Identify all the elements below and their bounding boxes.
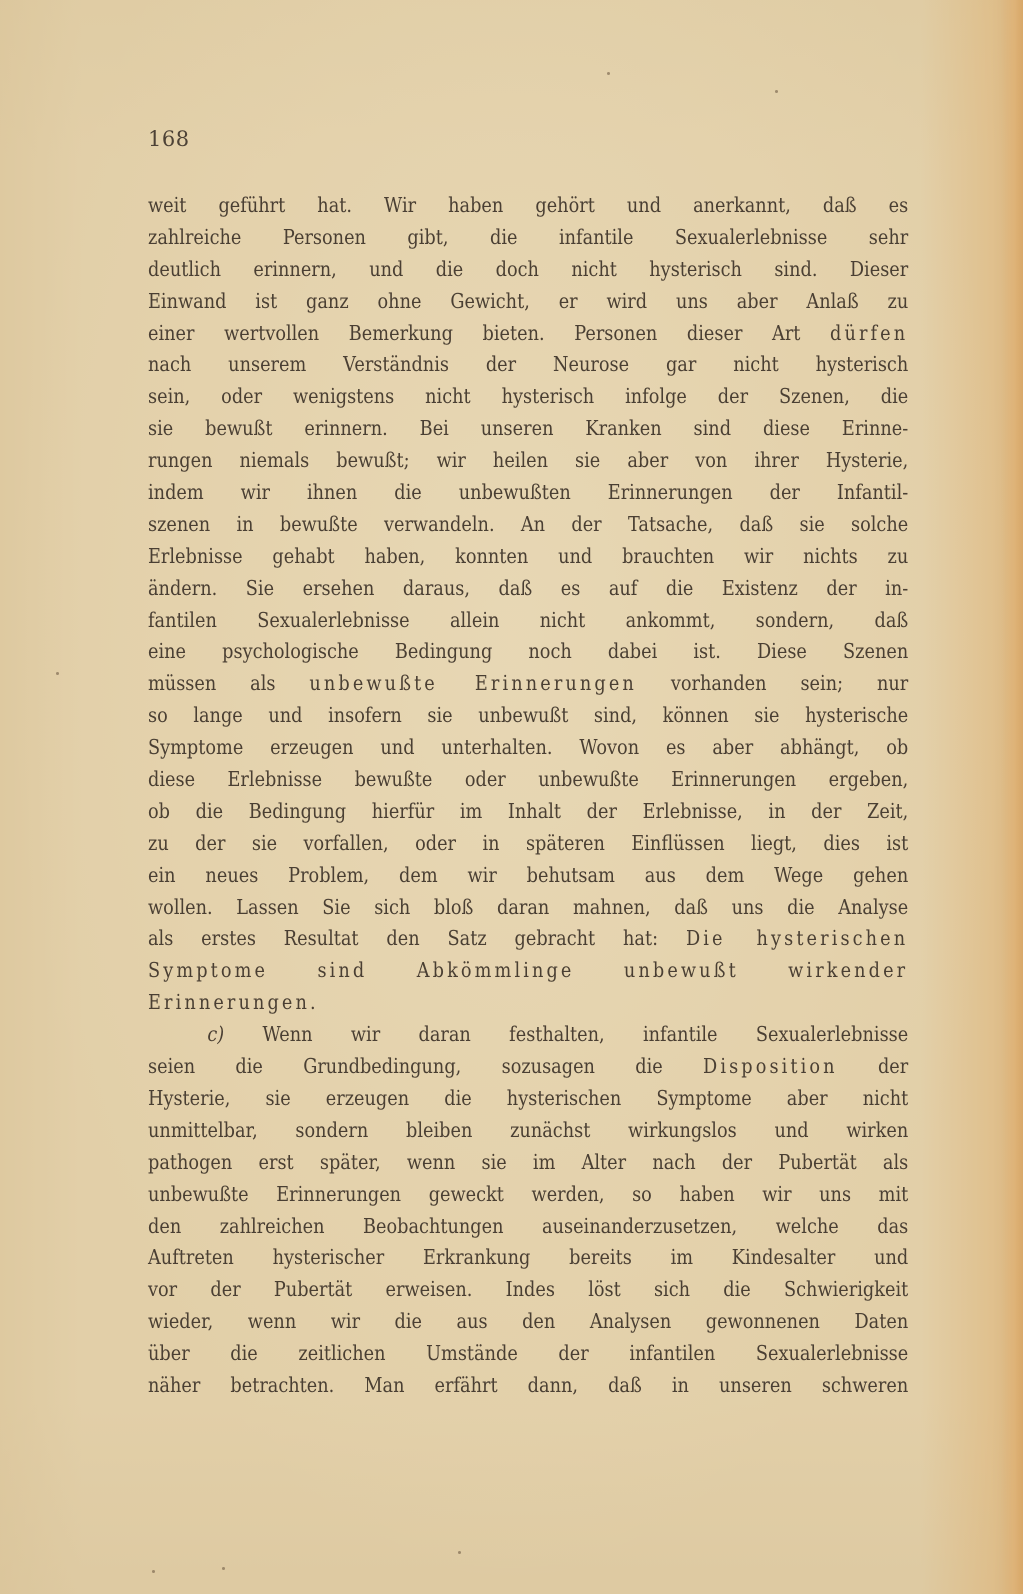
text-line: ändern. Sie ersehen daraus, daß es auf d…	[148, 573, 908, 605]
text-line: weit geführt hat. Wir haben gehört und a…	[148, 190, 908, 222]
text-line: eine psychologische Bedingung noch dabei…	[148, 636, 908, 668]
text-line: wollen. Lassen Sie sich bloß daran mahne…	[148, 892, 908, 924]
text-line: vor der Pubertät erweisen. Indes löst si…	[148, 1274, 908, 1306]
text-line: Auftreten hysterischer Erkrankung bereit…	[148, 1242, 908, 1274]
text-line: zu der sie vorfallen, oder in späteren E…	[148, 828, 908, 860]
emphasized-text: Symptome sind Abkömmlinge unbewußt wirke…	[148, 958, 908, 982]
text-line: seien die Grundbedingung, sozusagen die …	[148, 1051, 908, 1083]
paper-speck	[56, 672, 59, 675]
text-run: Wenn wir daran festhalten, infantile Sex…	[224, 1022, 908, 1046]
text-line: diese Erlebnisse bewußte oder unbewußte …	[148, 764, 908, 796]
paper-speck	[775, 90, 778, 93]
text-line: unmittelbar, sondern bleiben zunächst wi…	[148, 1115, 908, 1147]
text-line: zahlreiche Personen gibt, die infantile …	[148, 222, 908, 254]
text-line: sein, oder wenigstens nicht hysterisch i…	[148, 381, 908, 413]
section-marker: c)	[207, 1022, 224, 1046]
text-run: der	[838, 1054, 909, 1078]
text-run: als erstes Resultat den Satz gebracht ha…	[148, 926, 686, 950]
text-line: Erinnerungen.	[148, 987, 908, 1019]
text-line: c) Wenn wir daran festhalten, infantile …	[148, 1019, 908, 1051]
text-line: sie bewußt erinnern. Bei unseren Kranken…	[148, 413, 908, 445]
text-line: Einwand ist ganz ohne Gewicht, er wird u…	[148, 286, 908, 318]
text-line: einer wertvollen Bemerkung bieten. Perso…	[148, 318, 908, 350]
text-line: szenen in bewußte verwandeln. An der Tat…	[148, 509, 908, 541]
text-line: fantilen Sexualerlebnisse allein nicht a…	[148, 605, 908, 637]
text-line: so lange und insofern sie unbewußt sind,…	[148, 700, 908, 732]
emphasized-text: Erinnerungen.	[148, 990, 319, 1014]
paper-speck	[222, 1567, 225, 1570]
text-run: vorhanden sein; nur	[637, 671, 908, 695]
paper-speck	[607, 72, 610, 75]
text-line: als erstes Resultat den Satz gebracht ha…	[148, 923, 908, 955]
text-line: ein neues Problem, dem wir behutsam aus …	[148, 860, 908, 892]
text-line: über die zeitlichen Umstände der infanti…	[148, 1338, 908, 1370]
text-line: Erlebnisse gehabt haben, konnten und bra…	[148, 541, 908, 573]
text-line: indem wir ihnen die unbewußten Erinnerun…	[148, 477, 908, 509]
text-line: Symptome sind Abkömmlinge unbewußt wirke…	[148, 955, 908, 987]
emphasized-text: dürfen	[830, 321, 908, 345]
text-line: näher betrachten. Man erfährt dann, daß …	[148, 1370, 908, 1402]
text-line: unbewußte Erinnerungen geweckt werden, s…	[148, 1179, 908, 1211]
text-line: rungen niemals bewußt; wir heilen sie ab…	[148, 445, 908, 477]
text-run: seien die Grundbedingung, sozusagen die	[148, 1054, 703, 1078]
emphasized-text: unbewußte Erinnerungen	[309, 671, 637, 695]
text-line: deutlich erinnern, und die doch nicht hy…	[148, 254, 908, 286]
page-edge-shadow	[1001, 0, 1023, 1594]
text-run: einer wertvollen Bemerkung bieten. Perso…	[148, 321, 830, 345]
emphasized-text: Die hysterischen	[686, 926, 908, 950]
text-line: nach unserem Verständnis der Neurose gar…	[148, 349, 908, 381]
text-line: Hysterie, sie erzeugen die hysterischen …	[148, 1083, 908, 1115]
page-number: 168	[148, 127, 190, 151]
text-line: pathogen erst später, wenn sie im Alter …	[148, 1147, 908, 1179]
text-line: müssen als unbewußte Erinnerungen vorhan…	[148, 668, 908, 700]
text-line: Symptome erzeugen und unterhalten. Wovon…	[148, 732, 908, 764]
emphasized-text: Disposition	[703, 1054, 838, 1078]
text-line: wieder, wenn wir die aus den Analysen ge…	[148, 1306, 908, 1338]
paper-speck	[152, 1570, 155, 1573]
text-run: müssen als	[148, 671, 309, 695]
text-line: den zahlreichen Beobachtungen auseinande…	[148, 1211, 908, 1243]
text-line: ob die Bedingung hierfür im Inhalt der E…	[148, 796, 908, 828]
paper-speck	[458, 1551, 461, 1554]
body-text: weit geführt hat. Wir haben gehört und a…	[148, 190, 908, 1402]
